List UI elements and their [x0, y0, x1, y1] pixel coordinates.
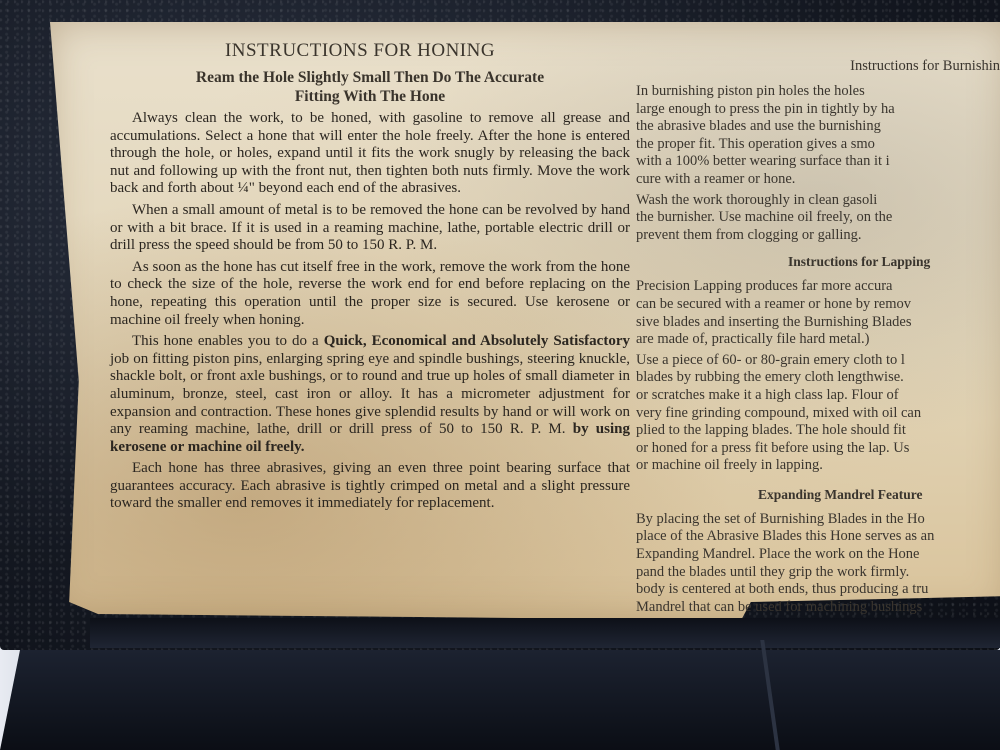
text-line: the abrasive blades and use the burnishi… [636, 118, 1000, 136]
text-line: prevent them from clogging or galling. [636, 227, 1000, 245]
text-run: This hone enables you to do a [132, 333, 324, 349]
text-line: Expanding Mandrel. Place the work on the… [636, 546, 1000, 564]
subtitle-line: Fitting With The Hone [110, 87, 630, 106]
bold-run: Quick, Economical and Absolutely Satisfa… [324, 333, 630, 349]
paragraph-cleaning: Always clean the work, to be honed, with… [110, 110, 630, 198]
section-heading-mandrel: Expanding Mandrel Feature [758, 487, 1000, 503]
subtitle: Ream the Hole Slightly Small Then Do The… [110, 68, 630, 106]
text-line: the burnisher. Use machine oil freely, o… [636, 209, 1000, 227]
paragraph-checking: As soon as the hone has cut itself free … [110, 259, 630, 329]
lapping-section: Precision Lapping produces far more accu… [636, 278, 1000, 475]
text-line: or machine oil freely in lapping. [636, 457, 1000, 475]
page-title: INSTRUCTIONS FOR HONING [90, 40, 630, 62]
section-heading-burnishing: Instructions for Burnishin [636, 58, 1000, 75]
text-line: pand the blades until they grip the work… [636, 564, 1000, 582]
text-line: are made of, practically file hard metal… [636, 331, 1000, 349]
text-line: By placing the set of Burnishing Blades … [636, 511, 1000, 529]
text-line: Use a piece of 60- or 80-grain emery clo… [636, 352, 1000, 370]
text-line: Mandrel that can be used for machining b… [636, 599, 1000, 617]
text-line: very fine grinding compound, mixed with … [636, 405, 1000, 423]
subtitle-line: Ream the Hole Slightly Small Then Do The… [110, 68, 630, 87]
text-line: cure with a reamer or hone. [636, 171, 1000, 189]
text-line: In burnishing piston pin holes the holes [636, 83, 1000, 101]
section-heading-lapping: Instructions for Lapping [788, 254, 1000, 270]
text-run: job on fitting piston pins, enlarging sp… [110, 351, 630, 437]
paragraph-speed: When a small amount of metal is to be re… [110, 202, 630, 255]
honing-instructions-column: INSTRUCTIONS FOR HONING Ream the Hole Sl… [110, 40, 630, 513]
paragraph-abrasives: Each hone has three abrasives, giving an… [110, 460, 630, 513]
text-line: or scratches make it a high class lap. F… [636, 387, 1000, 405]
text-line: the proper fit. This operation gives a s… [636, 136, 1000, 154]
text-line: or honed for a press fit before using th… [636, 440, 1000, 458]
case-bottom-tray [0, 650, 1000, 750]
paragraph-features: This hone enables you to do a Quick, Eco… [110, 333, 630, 456]
text-line: Wash the work thoroughly in clean gasoli [636, 192, 1000, 210]
mandrel-section: By placing the set of Burnishing Blades … [636, 511, 1000, 634]
case-rim [90, 618, 1000, 648]
text-line: can be secured with a reamer or hone by … [636, 296, 1000, 314]
text-line: large enough to press the pin in tightly… [636, 101, 1000, 119]
text-line: with a 100% better wearing surface than … [636, 153, 1000, 171]
text-line: sive blades and inserting the Burnishing… [636, 314, 1000, 332]
text-line: place of the Abrasive Blades this Hone s… [636, 528, 1000, 546]
burnishing-section: In burnishing piston pin holes the holes… [636, 83, 1000, 244]
text-line: blades by rubbing the emery cloth length… [636, 369, 1000, 387]
text-line: Precision Lapping produces far more accu… [636, 278, 1000, 296]
right-instructions-column: Instructions for Burnishin In burnishing… [636, 58, 1000, 634]
text-line: body is centered at both ends, thus prod… [636, 581, 1000, 599]
text-line: plied to the lapping blades. The hole sh… [636, 422, 1000, 440]
